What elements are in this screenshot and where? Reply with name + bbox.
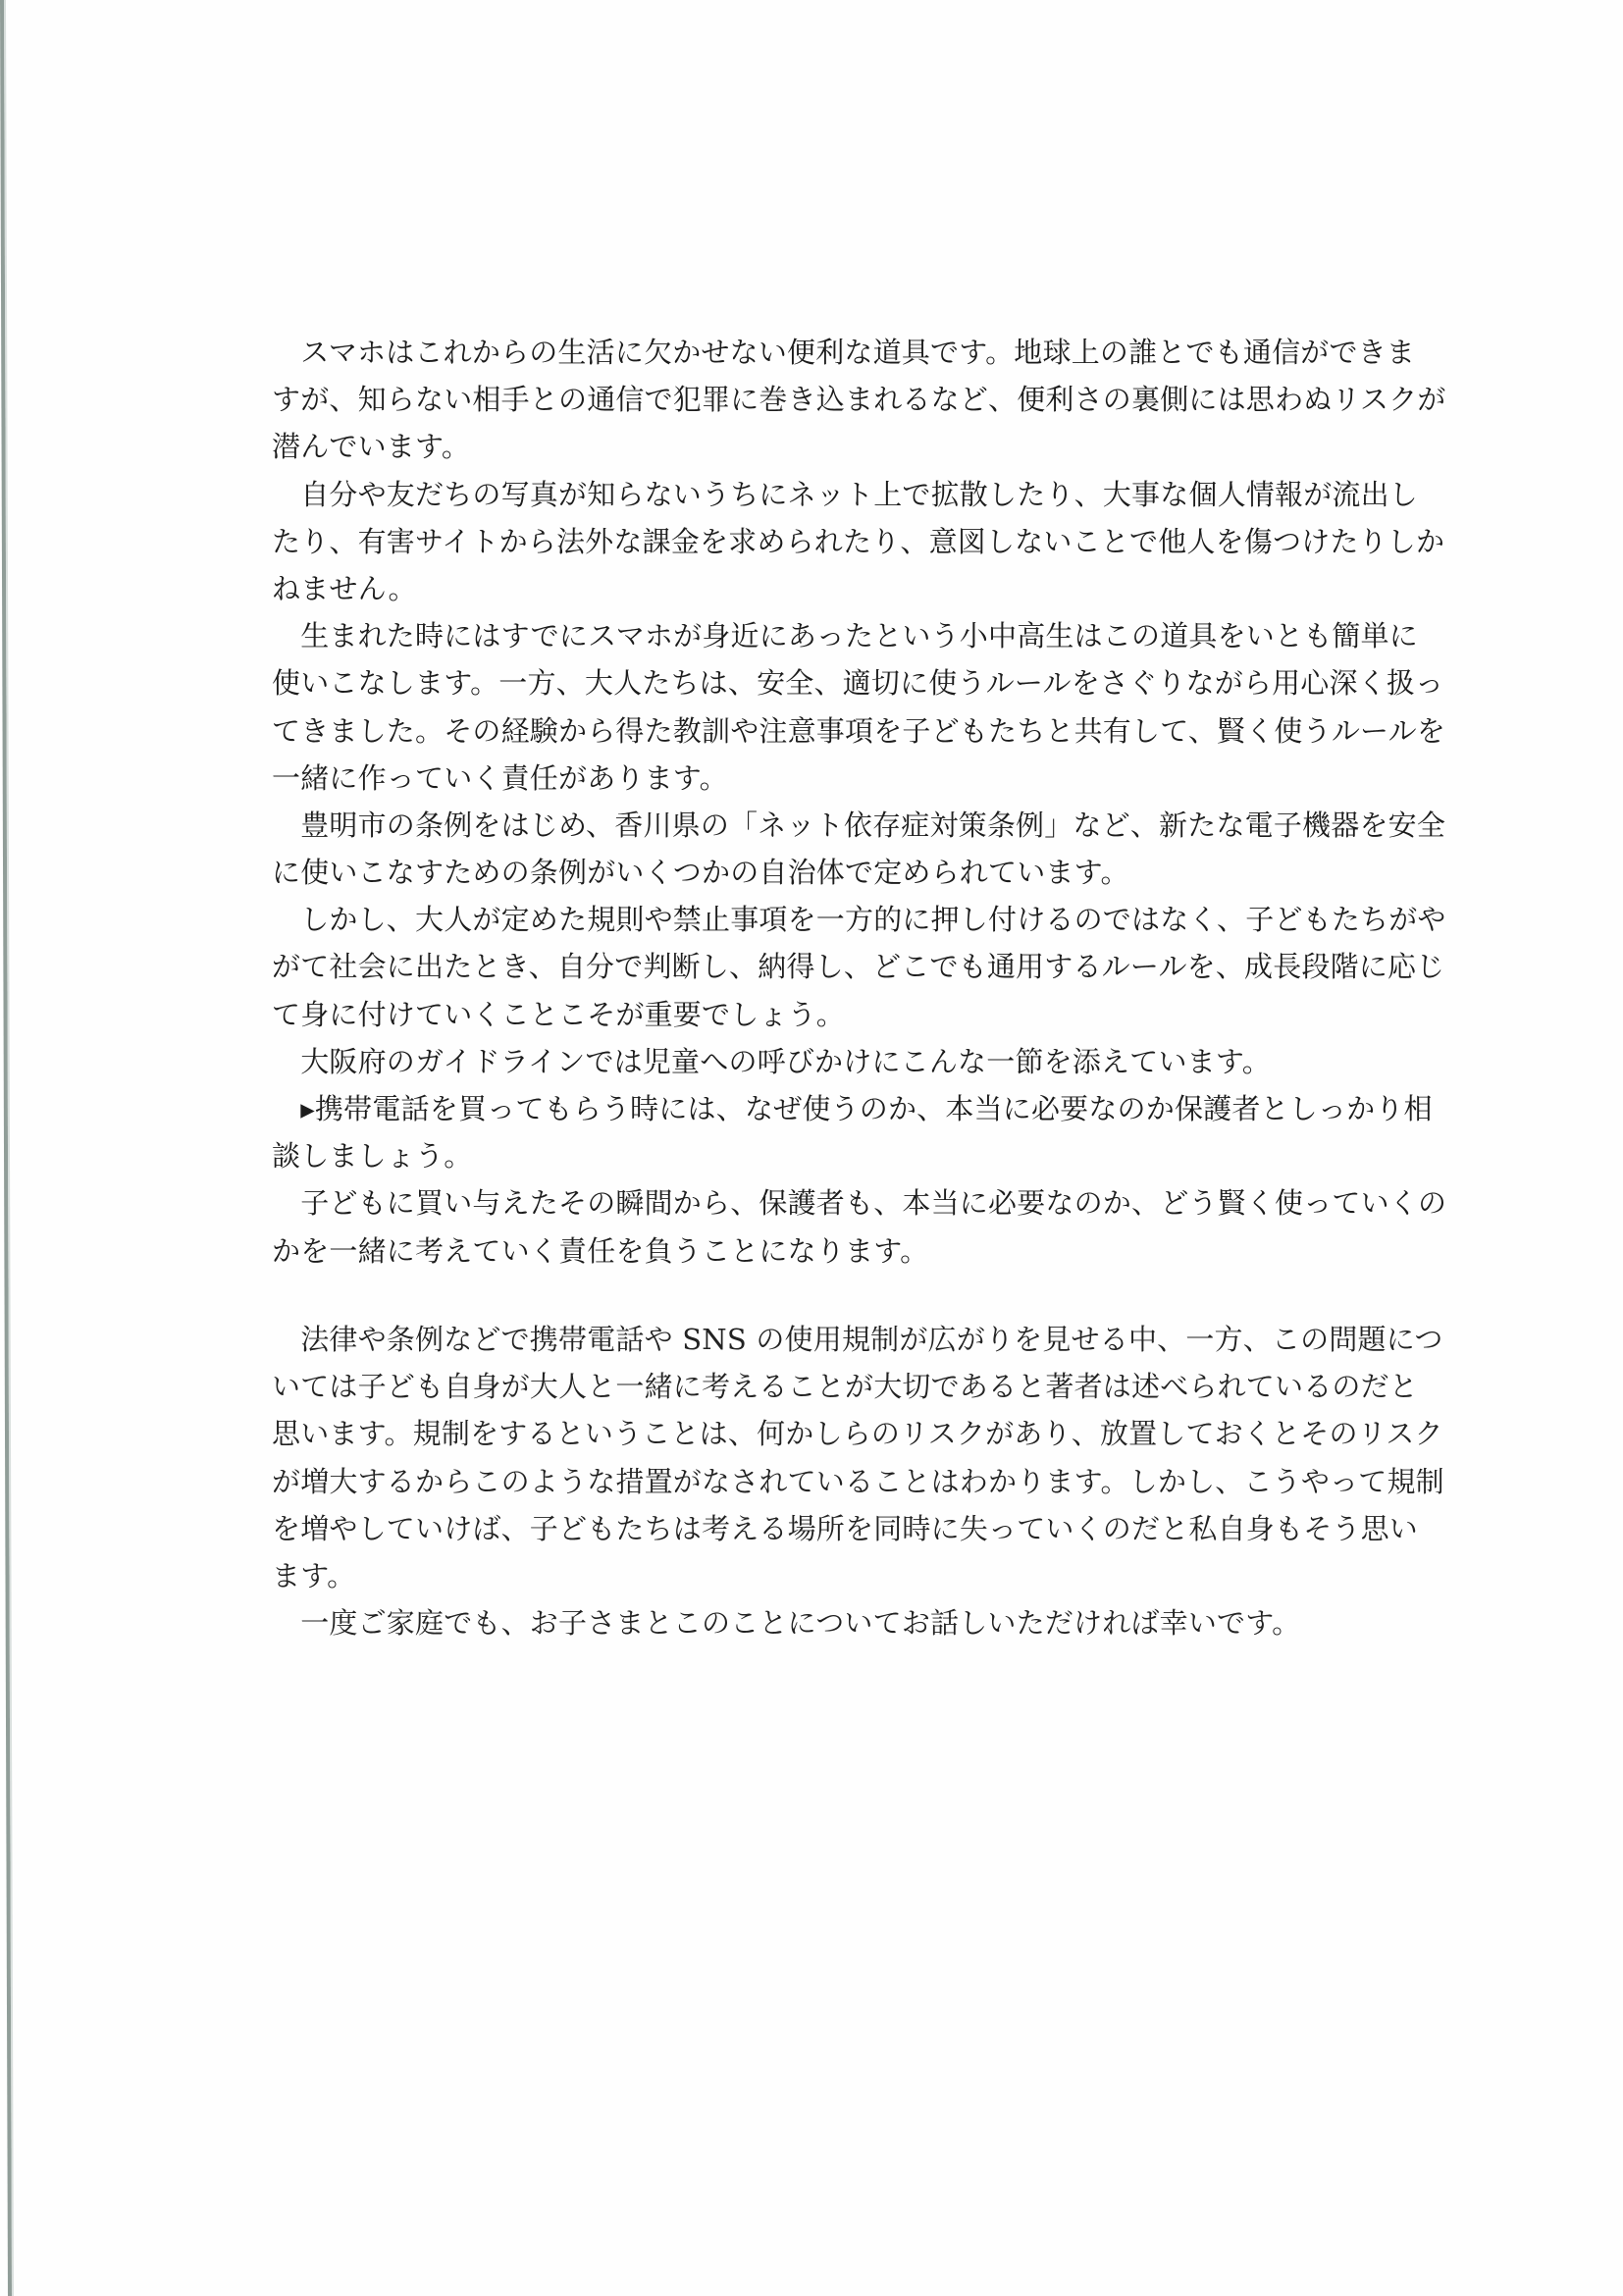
text-line: 法律や条例などで携帯電話や SNS の使用規制が広がりを見せる中、一方、この問題… (272, 1316, 1381, 1363)
quoted-guideline-line: ▸携帯電話を買ってもらう時には、なぜ使うのか、本当に必要なのか保護者としっかり相 (272, 1085, 1381, 1132)
text-line: 潜んでいます。 (272, 423, 1381, 470)
text-line: を増やしていけば、子どもたちは考える場所を同時に失っていくのだと私自身もそう思い (272, 1505, 1381, 1552)
text-line: 思います。規制をするということは、何かしらのリスクがあり、放置しておくとそのリス… (272, 1410, 1381, 1457)
text-line: 使いこなします。一方、大人たちは、安全、適切に使うルールをさぐりながら用心深く扱… (272, 659, 1381, 706)
quoted-guideline-line: 談しましょう。 (272, 1132, 1381, 1179)
text-line: 大阪府のガイドラインでは児童への呼びかけにこんな一節を添えています。 (272, 1038, 1381, 1085)
text-line: すが、知らない相手との通信で犯罪に巻き込まれるなど、便利さの裏側には思わぬリスク… (272, 376, 1381, 423)
commentary-text-block: 法律や条例などで携帯電話や SNS の使用規制が広がりを見せる中、一方、この問題… (272, 1316, 1381, 1646)
text-line: スマホはこれからの生活に欠かせない便利な道具です。地球上の誰とでも通信ができま (272, 329, 1381, 376)
text-line: ます。 (272, 1552, 1381, 1599)
text-line: たり、有害サイトから法外な課金を求められたり、意図しないことで他人を傷つけたりし… (272, 518, 1381, 565)
text-line: しかし、大人が定めた規則や禁止事項を一方的に押し付けるのではなく、子どもたちがや (272, 896, 1381, 943)
text-line: かを一緒に考えていく責任を負うことになります。 (272, 1227, 1381, 1275)
text-line: 豊明市の条例をはじめ、香川県の「ネット依存症対策条例」など、新たな電子機器を安全 (272, 802, 1381, 849)
text-line: が増大するからこのような措置がなされていることはわかります。しかし、こうやって規… (272, 1458, 1381, 1505)
text-line: 一緒に作っていく責任があります。 (272, 755, 1381, 802)
text-line: 自分や友だちの写真が知らないうちにネット上で拡散したり、大事な個人情報が流出し (272, 471, 1381, 518)
text-line: 生まれた時にはすでにスマホが身近にあったという小中高生はこの道具をいとも簡単に (272, 612, 1381, 659)
main-text-block: スマホはこれからの生活に欠かせない便利な道具です。地球上の誰とでも通信ができま … (272, 329, 1381, 1275)
text-line: て身に付けていくことこそが重要でしょう。 (272, 991, 1381, 1038)
text-line: いては子ども自身が大人と一緒に考えることが大切であると著者は述べられているのだと (272, 1363, 1381, 1410)
text-line: 子どもに買い与えたその瞬間から、保護者も、本当に必要なのか、どう賢く使っていくの (272, 1179, 1381, 1226)
closing-line: 一度ご家庭でも、お子さまとこのことについてお話しいただければ幸いです。 (272, 1599, 1381, 1646)
text-line: がて社会に出たとき、自分で判断し、納得し、どこでも通用するルールを、成長段階に応… (272, 943, 1381, 990)
document-page: スマホはこれからの生活に欠かせない便利な道具です。地球上の誰とでも通信ができま … (0, 0, 1623, 2296)
text-line: に使いこなすための条例がいくつかの自治体で定められています。 (272, 849, 1381, 896)
text-line: ねません。 (272, 565, 1381, 612)
text-line: てきました。その経験から得た教訓や注意事項を子どもたちと共有して、賢く使うルール… (272, 707, 1381, 755)
